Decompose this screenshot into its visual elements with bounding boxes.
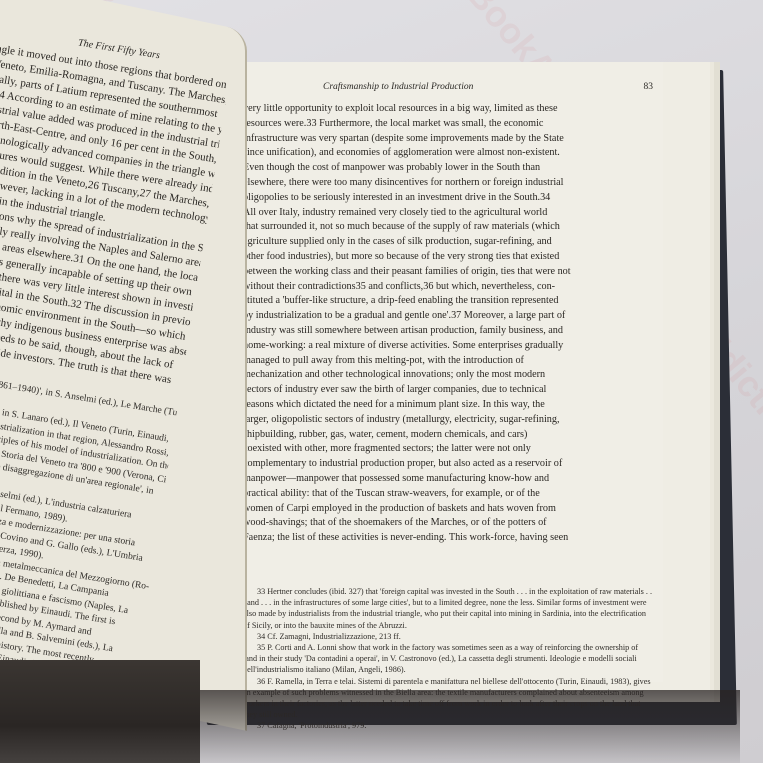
text-line: oligopolies to be seriously interested i… xyxy=(243,191,653,206)
text-line: Faenza; the list of these activities is … xyxy=(243,531,653,546)
footnote: 34 Cf. Zamagni, Industrializzazione, 213… xyxy=(243,631,653,642)
text-line: very little opportunity to exploit local… xyxy=(243,102,653,117)
text-line: industry was still somewhere between art… xyxy=(243,324,653,339)
text-line: that surrounded it, not so much because … xyxy=(243,220,653,235)
text-line: other food industries), but more so beca… xyxy=(243,250,653,265)
text-line: coexisted with other, more fragmented se… xyxy=(243,442,653,457)
text-line: shipbuilding, rubber, gas, water, cement… xyxy=(243,428,653,443)
text-line: mechanization and other technological in… xyxy=(243,368,653,383)
text-line: since unification), and economies of agg… xyxy=(243,146,653,161)
text-line: All over Italy, industry remained very c… xyxy=(243,206,653,221)
text-line: agriculture supplied only in the cases o… xyxy=(243,235,653,250)
text-line: stituted a 'buffer-like structure, a dri… xyxy=(243,294,653,309)
text-line: elsewhere, there were too many disincent… xyxy=(243,176,653,191)
text-line: practical ability: that of the Tuscan st… xyxy=(243,487,653,502)
text-line: infrastructure was very spartan (despite… xyxy=(243,132,653,147)
text-line: women of Carpi employed in the productio… xyxy=(243,502,653,517)
page-number: 83 xyxy=(644,82,654,92)
text-line: managed to pull away from this melting-p… xyxy=(243,354,653,369)
right-running-head: Craftsmanship to Industrial Production 8… xyxy=(263,82,653,92)
text-line: home-working: a real mixture of diverse … xyxy=(243,339,653,354)
book-bottom-edge-shadow xyxy=(0,660,200,763)
text-line: by industrialization to be a gradual and… xyxy=(243,309,653,324)
text-line: resources were.33 Furthermore, the local… xyxy=(243,117,653,132)
right-page: Craftsmanship to Industrial Production 8… xyxy=(190,62,663,682)
text-line: manpower—manpower that possessed some ma… xyxy=(243,472,653,487)
footnote: 33 Hertner concludes (ibid. 327) that 'f… xyxy=(243,586,653,631)
text-line: without their contradictions35 and confl… xyxy=(243,280,653,295)
chapter-title: Craftsmanship to Industrial Production xyxy=(323,82,473,92)
footnote: 35 P. Corti and A. Lonni show that work … xyxy=(243,642,653,676)
text-line: complementary to industrial production p… xyxy=(243,457,653,472)
text-line: reasons which dictated the need for a mi… xyxy=(243,398,653,413)
right-body-text: very little opportunity to exploit local… xyxy=(243,102,653,546)
text-line: between the working class and their peas… xyxy=(243,265,653,280)
text-line: Even though the cost of manpower was pro… xyxy=(243,161,653,176)
text-line: sectors of industry ever saw the birth o… xyxy=(243,383,653,398)
text-line: larger, oligopolistic sectors of industr… xyxy=(243,413,653,428)
text-line: wood-shavings; that of the shoemakers of… xyxy=(243,516,653,531)
